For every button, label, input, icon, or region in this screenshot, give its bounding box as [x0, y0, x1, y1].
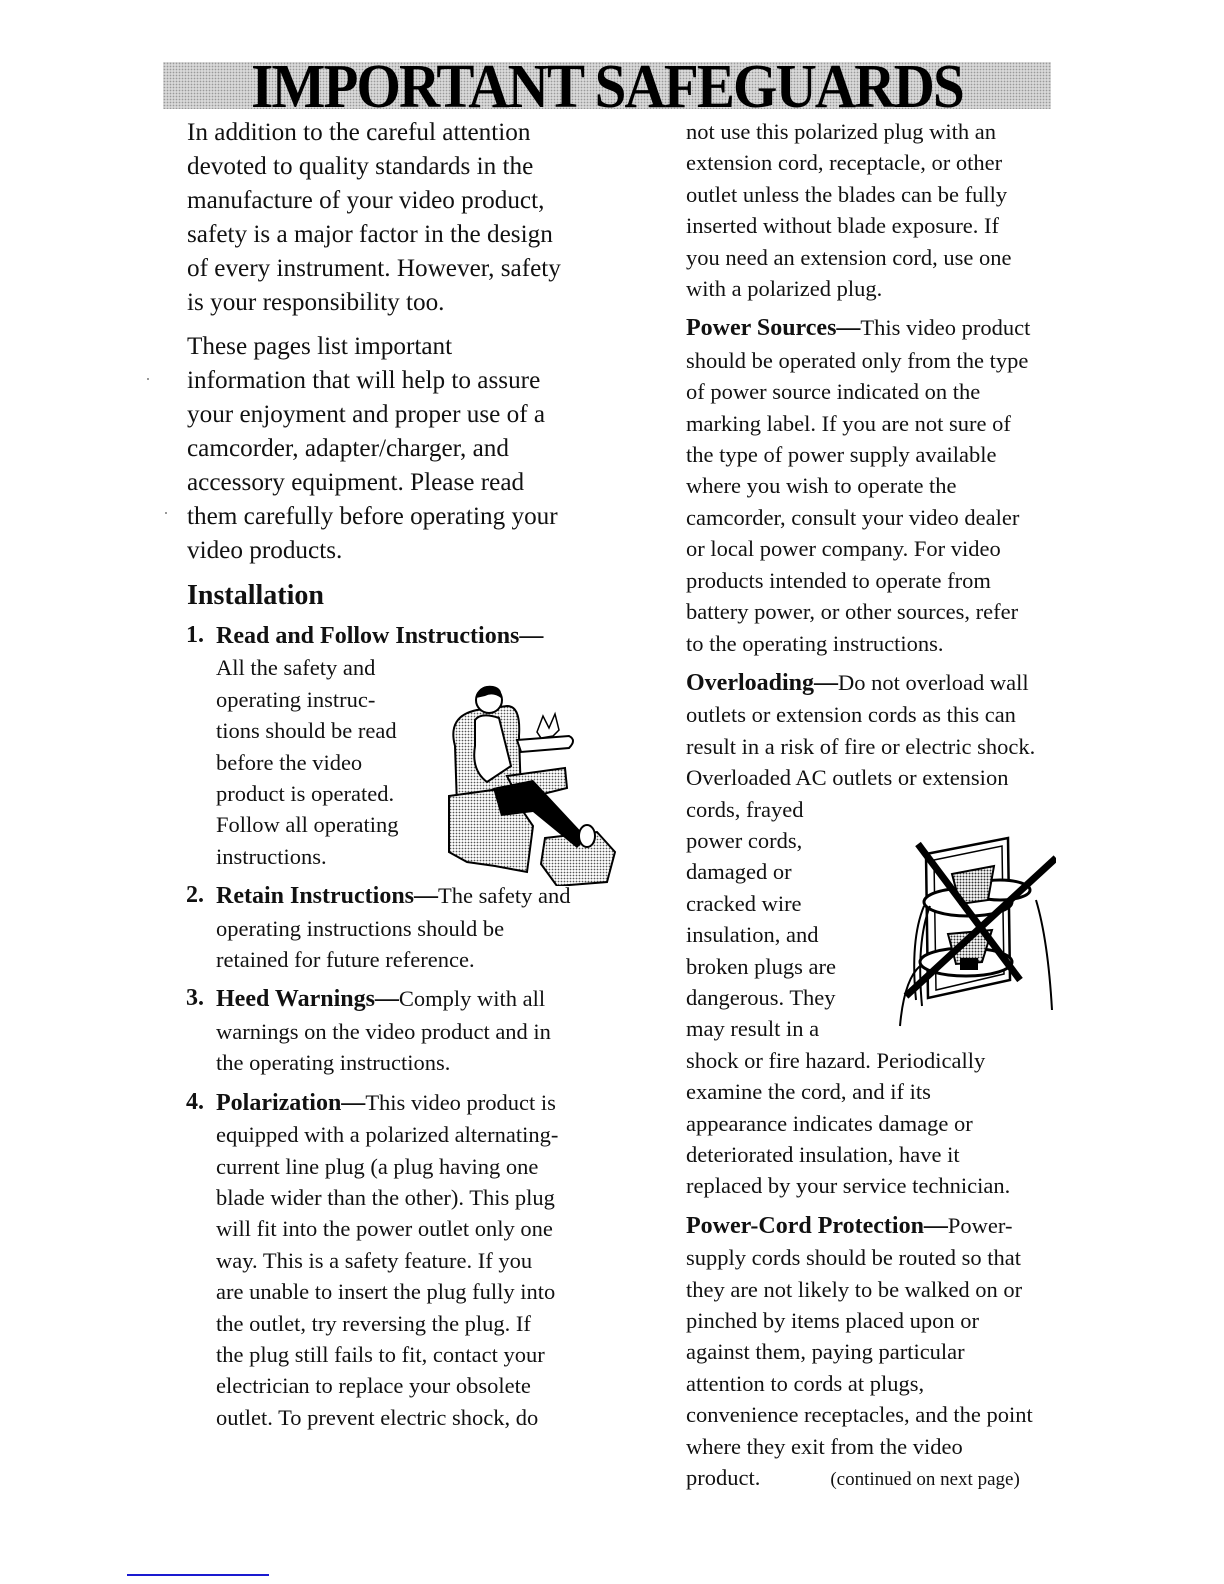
- item-lead: Retain Instructions—: [216, 883, 438, 909]
- safeguard-item-7: 7. Power-Cord Protection—Power- supply c…: [686, 1210, 1056, 1496]
- footer-link-underline[interactable]: [127, 1574, 269, 1576]
- overloaded-outlet-crossed-out-illustration: [896, 830, 1056, 1030]
- item-number: 4.: [186, 1087, 204, 1118]
- continued-note: (continued on next page): [830, 1469, 1019, 1490]
- item-number: 1.: [186, 620, 204, 651]
- safeguard-item-2: 2. Retain Instructions—The safety and op…: [186, 880, 637, 975]
- right-column: not use this polarized plug with an exte…: [686, 116, 1056, 1503]
- item-lead: Power Sources—: [686, 315, 860, 341]
- section-heading-installation: Installation: [187, 578, 637, 614]
- intro-paragraph-2: These pages list important information t…: [187, 330, 637, 568]
- scan-speck: [165, 512, 167, 514]
- safeguard-item-5: 5. Power Sources—This video product shou…: [686, 312, 1056, 658]
- safeguard-item-4-continued: not use this polarized plug with an exte…: [686, 116, 1056, 304]
- safeguard-item-4: 4. Polarization—This video product is eq…: [186, 1087, 637, 1433]
- item-lead: Read and Follow Instructions—: [216, 623, 543, 649]
- item-lead: Overloading—: [686, 670, 838, 696]
- safeguard-item-3: 3. Heed Warnings—Comply with all warning…: [186, 983, 637, 1078]
- scan-speck: [147, 378, 149, 380]
- page-title: IMPORTANT SAFEGUARDS: [199, 62, 1016, 109]
- item-lead: Heed Warnings—: [216, 986, 399, 1012]
- item-lead: Polarization—: [216, 1090, 365, 1116]
- item-number: 3.: [186, 983, 204, 1014]
- intro-paragraph-1: In addition to the careful attention dev…: [187, 116, 637, 320]
- item-number: 2.: [186, 880, 204, 911]
- item-lead: Power-Cord Protection—: [686, 1213, 948, 1239]
- title-banner: IMPORTANT SAFEGUARDS: [163, 62, 1051, 109]
- man-reading-in-recliner-illustration: [437, 676, 623, 886]
